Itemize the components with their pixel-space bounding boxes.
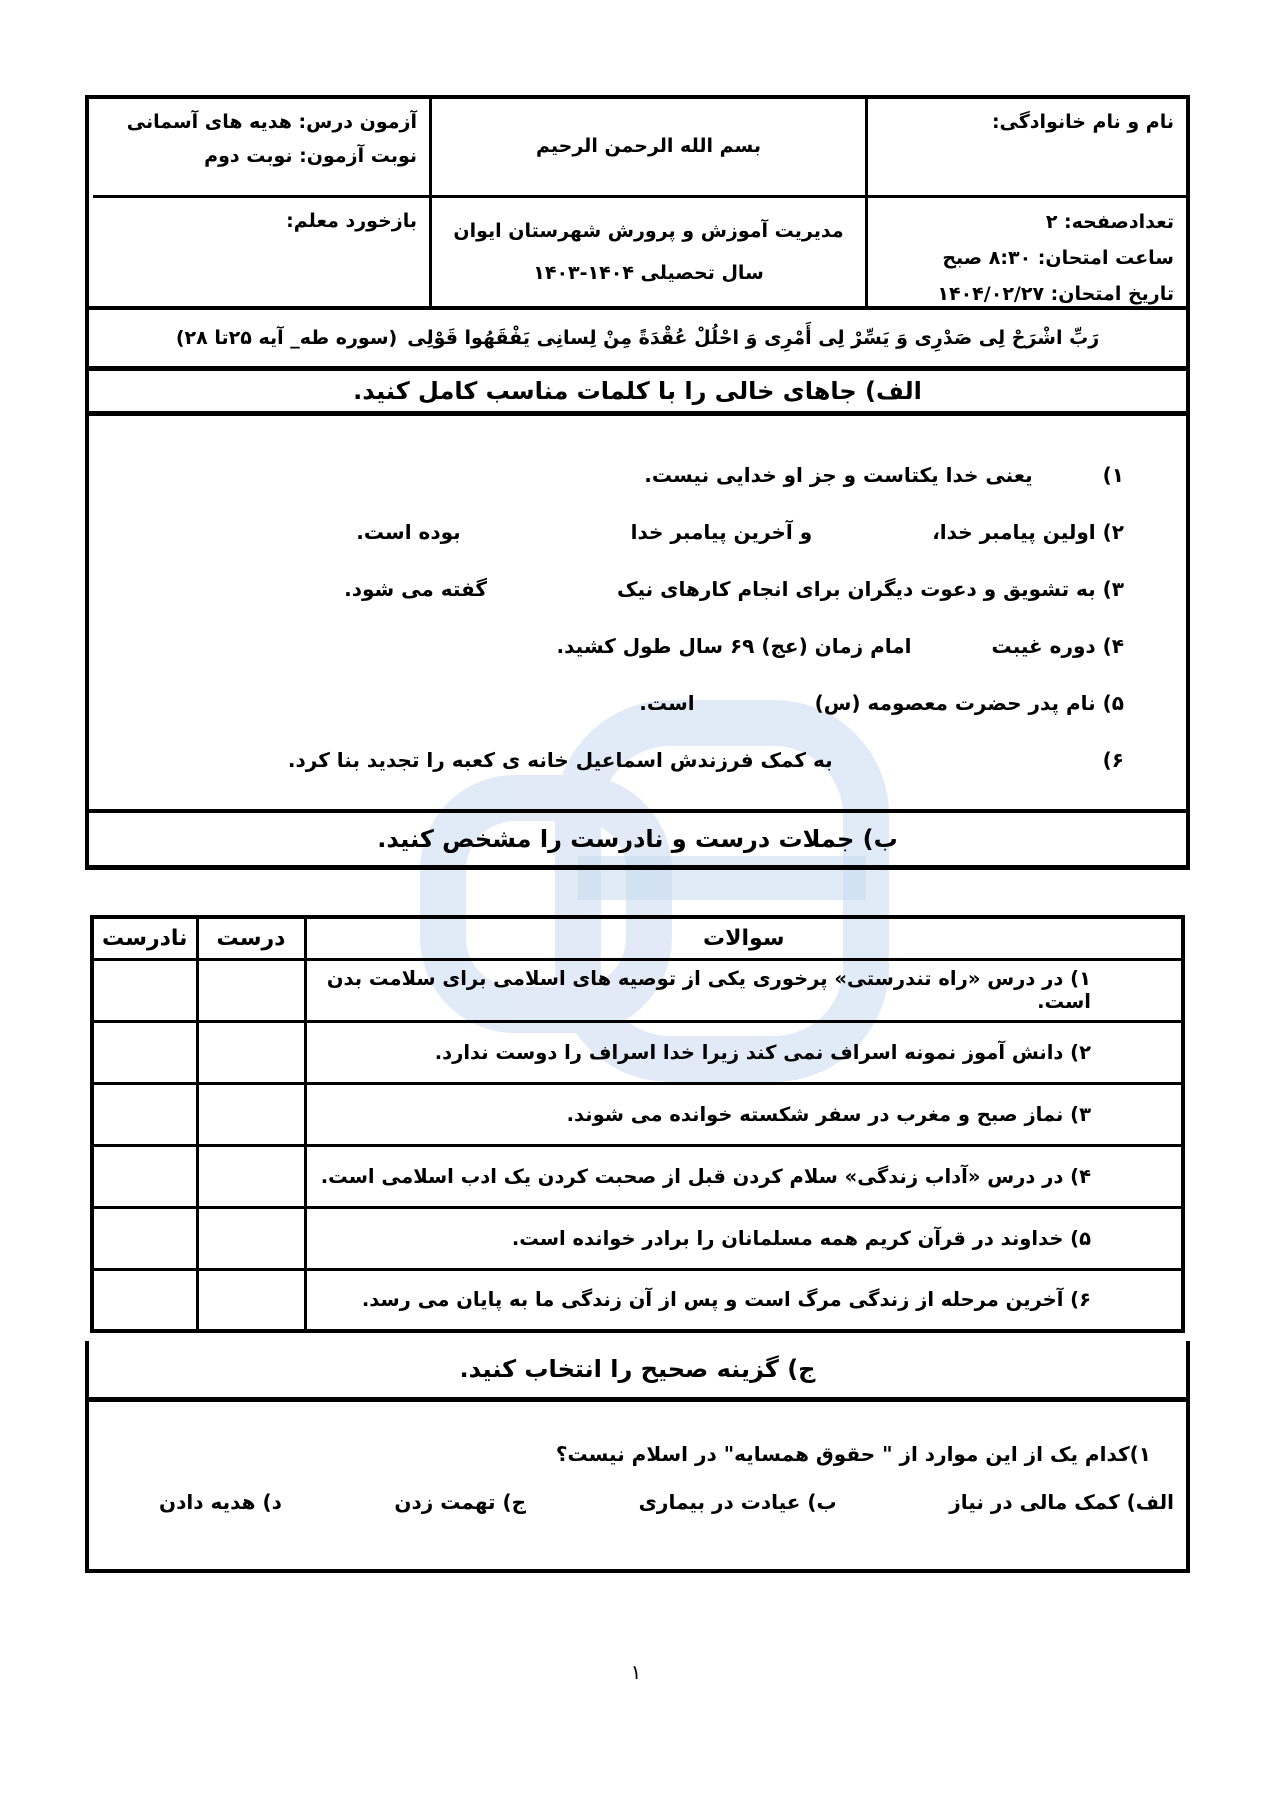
fill-item-1: ۱) یعنی خدا یکتاست و جز او خدایی نیست. xyxy=(109,446,1124,503)
false-cell xyxy=(92,1021,197,1083)
fill-item-4: ۴) دوره غیبت امام زمان (عج) ۶۹ سال طول ک… xyxy=(109,617,1124,674)
false-cell xyxy=(92,1083,197,1145)
spacer xyxy=(85,870,1190,915)
section-a-band: الف) جاهای خالی را با کلمات مناسب کامل ک… xyxy=(85,371,1190,416)
item-number: ۶) xyxy=(1103,748,1124,772)
spacer xyxy=(85,1333,1190,1341)
teacher-feedback-cell: بازخورد معلم: xyxy=(93,198,429,306)
tf-header-true: درست xyxy=(197,917,305,959)
section-a-title: الف) جاهای خالی را با کلمات مناسب کامل ک… xyxy=(353,377,922,405)
tf-header-false: نادرست xyxy=(92,917,197,959)
mc-option-a: الف) کمک مالی در نیاز xyxy=(949,1490,1174,1514)
student-name-label: نام و نام خانوادگی: xyxy=(992,111,1174,133)
item-number: ۱) xyxy=(1103,463,1124,487)
exam-info-cell: آزمون درس: هدیه های آسمانی نوبت آزمون: ن… xyxy=(93,99,429,198)
answer-blank xyxy=(461,531,631,532)
true-cell xyxy=(197,1145,305,1207)
fill-item-2: ۲) اولین پیامبر خدا، و آخرین پیامبر خدا … xyxy=(109,503,1124,560)
tf-question: ۳) نماز صبح و مغرب در سفر شکسته خوانده م… xyxy=(305,1083,1183,1145)
true-cell xyxy=(197,1083,305,1145)
exam-meta-cell: تعدادصفحه: ۲ ساعت امتحان: ۸:۳۰ صبح تاریخ… xyxy=(865,198,1186,306)
tf-header-row: سوالات درست نادرست xyxy=(92,917,1183,959)
item-text: بوده است. xyxy=(356,520,460,544)
mc-option-c: ج) تهمت زدن xyxy=(394,1490,526,1514)
verse-source: (سوره طه_ آیه ۲۵تا ۲۸) xyxy=(176,327,397,349)
exam-date: تاریخ امتحان: ۱۴۰۴/۰۲/۲۷ xyxy=(880,276,1174,312)
mc-options-row: الف) کمک مالی در نیاز ب) عیادت در بیماری… xyxy=(89,1466,1186,1514)
true-cell xyxy=(197,1021,305,1083)
exam-sheet: نام و نام خانوادگی: بسم الله الرحمن الرح… xyxy=(85,95,1190,1573)
answer-blank xyxy=(912,645,992,646)
tf-row-4: ۴) در درس «آداب زندگی» سلام کردن قبل از … xyxy=(92,1145,1183,1207)
tf-row-2: ۲) دانش آموز نمونه اسراف نمی کند زیرا خد… xyxy=(92,1021,1183,1083)
item-text: ۲) اولین پیامبر خدا، xyxy=(932,520,1124,544)
item-text: گفته می شود. xyxy=(344,577,487,601)
tf-row-3: ۳) نماز صبح و مغرب در سفر شکسته خوانده م… xyxy=(92,1083,1183,1145)
tf-row-5: ۵) خداوند در قرآن کریم همه مسلمانان را ب… xyxy=(92,1207,1183,1269)
item-text: یعنی خدا یکتاست و جز او خدایی نیست. xyxy=(644,463,1032,487)
false-cell xyxy=(92,1207,197,1269)
student-name-cell: نام و نام خانوادگی: xyxy=(865,99,1186,198)
item-text: به کمک فرزندش اسماعیل خانه ی کعبه را تجد… xyxy=(288,748,833,772)
verse-text: رَبِّ اشْرَحْ لِی صَدْرِی وَ یَسِّرْ لِی… xyxy=(407,327,1099,349)
tf-question: ۵) خداوند در قرآن کریم همه مسلمانان را ب… xyxy=(305,1207,1183,1269)
exam-course: آزمون درس: هدیه های آسمانی xyxy=(105,105,417,139)
false-cell xyxy=(92,1145,197,1207)
item-text: و آخرین پیامبر خدا xyxy=(631,520,813,544)
multiple-choice-section: ۱)کدام یک از این موارد از " حقوق همسایه"… xyxy=(85,1402,1190,1573)
true-false-table: سوالات درست نادرست ۱) در درس «راه تندرست… xyxy=(90,915,1185,1333)
section-b-band: ب) جملات درست و نادرست را مشخص کنید. xyxy=(85,813,1190,870)
item-text: است. xyxy=(639,691,694,715)
tf-question: ۲) دانش آموز نمونه اسراف نمی کند زیرا خد… xyxy=(305,1021,1183,1083)
item-text: ۴) دوره غیبت xyxy=(992,634,1124,658)
item-text: ۳) به تشویق و دعوت دیگران برای انجام کار… xyxy=(617,577,1124,601)
answer-blank xyxy=(695,702,815,703)
mc-option-b: ب) عیادت در بیماری xyxy=(639,1490,837,1514)
exam-round: نوبت آزمون: نوبت دوم xyxy=(105,139,417,173)
item-text: ۵) نام پدر حضرت معصومه (س) xyxy=(815,691,1124,715)
teacher-feedback-label: بازخورد معلم: xyxy=(286,210,417,232)
answer-blank xyxy=(1033,474,1103,475)
tf-header-questions: سوالات xyxy=(305,917,1183,959)
section-c-band: ج) گزینه صحیح را انتخاب کنید. xyxy=(85,1341,1190,1402)
header-table: نام و نام خانوادگی: بسم الله الرحمن الرح… xyxy=(85,95,1190,310)
school-year-range: ۱۴۰۳-۱۴۰۴ xyxy=(533,262,634,284)
department-cell: مدیریت آموزش و پرورش شهرستان ایوان سال ت… xyxy=(429,198,865,306)
section-c-title: ج) گزینه صحیح را انتخاب کنید. xyxy=(460,1355,816,1383)
pages-count: تعدادصفحه: ۲ xyxy=(880,204,1174,240)
fill-item-5: ۵) نام پدر حضرت معصومه (س) است. xyxy=(109,674,1124,731)
fill-in-section: ۱) یعنی خدا یکتاست و جز او خدایی نیست. ۲… xyxy=(85,416,1190,813)
answer-blank xyxy=(487,588,617,589)
exam-page: نام و نام خانوادگی: بسم الله الرحمن الرح… xyxy=(0,0,1272,1800)
mc-option-d: د) هدیه دادن xyxy=(159,1490,282,1514)
fill-item-6: ۶) به کمک فرزندش اسماعیل خانه ی کعبه را … xyxy=(109,731,1124,788)
answer-blank xyxy=(833,759,1103,760)
tf-question: ۱) در درس «راه تندرستی» پرخوری یکی از تو… xyxy=(305,959,1183,1021)
tf-question: ۶) آخرین مرحله از زندگی مرگ است و پس از … xyxy=(305,1269,1183,1331)
education-department: مدیریت آموزش و پرورش شهرستان ایوان xyxy=(444,210,853,252)
section-b-title: ب) جملات درست و نادرست را مشخص کنید. xyxy=(377,825,897,853)
tf-question: ۴) در درس «آداب زندگی» سلام کردن قبل از … xyxy=(305,1145,1183,1207)
true-cell xyxy=(197,1269,305,1331)
exam-time: ساعت امتحان: ۸:۳۰ صبح xyxy=(880,240,1174,276)
item-text: امام زمان (عج) ۶۹ سال طول کشید. xyxy=(557,634,912,658)
verse-row: رَبِّ اشْرَحْ لِی صَدْرِی وَ یَسِّرْ لِی… xyxy=(85,310,1190,371)
answer-blank xyxy=(812,531,932,532)
school-year: سال تحصیلی ۱۴۰۳-۱۴۰۴ xyxy=(444,252,853,294)
tf-row-6: ۶) آخرین مرحله از زندگی مرگ است و پس از … xyxy=(92,1269,1183,1331)
fill-item-3: ۳) به تشویق و دعوت دیگران برای انجام کار… xyxy=(109,560,1124,617)
basmala: بسم الله الرحمن الرحیم xyxy=(536,135,761,157)
basmala-cell: بسم الله الرحمن الرحیم xyxy=(429,99,865,198)
tf-row-1: ۱) در درس «راه تندرستی» پرخوری یکی از تو… xyxy=(92,959,1183,1021)
false-cell xyxy=(92,1269,197,1331)
true-cell xyxy=(197,1207,305,1269)
false-cell xyxy=(92,959,197,1021)
mc-question-1: ۱)کدام یک از این موارد از " حقوق همسایه"… xyxy=(89,1402,1186,1466)
page-number: ۱ xyxy=(0,1660,1272,1684)
true-cell xyxy=(197,959,305,1021)
